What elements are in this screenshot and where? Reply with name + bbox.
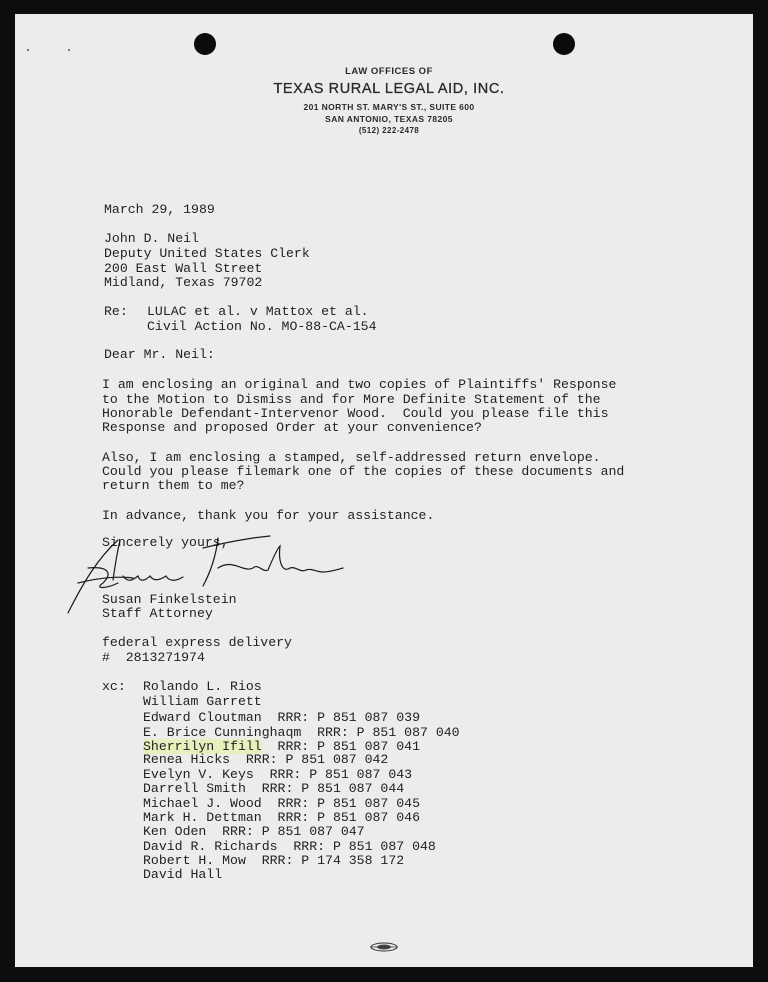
body-paragraph-3: In advance, thank you for your assistanc… — [102, 509, 434, 524]
cc-certified-mail-number: RRR: P 851 087 044 — [262, 781, 404, 796]
cc-entry: Rolando L. Rios — [143, 680, 262, 695]
spacer — [230, 752, 246, 767]
cc-entry: Ken Oden RRR: P 851 087 047 — [143, 825, 365, 840]
cc-recipient-name: Mark H. Dettman — [143, 810, 262, 825]
letter-date: March 29, 1989 — [104, 203, 215, 218]
letterhead-organization: TEXAS RURAL LEGAL AID, INC. — [0, 81, 768, 97]
spacer — [246, 781, 262, 796]
cc-certified-mail-number: RRR: P 174 358 172 — [262, 853, 404, 868]
cc-label: xc: — [102, 680, 126, 695]
cc-certified-mail-number: RRR: P 851 087 043 — [270, 767, 412, 782]
cc-certified-mail-number: RRR: P 851 087 042 — [246, 752, 388, 767]
cc-certified-mail-number: RRR: P 851 087 045 — [278, 796, 420, 811]
cc-certified-mail-number: RRR: P 851 087 048 — [293, 839, 435, 854]
spacer — [262, 810, 278, 825]
spacer — [262, 796, 278, 811]
body-line: Response and proposed Order at your conv… — [102, 421, 482, 436]
cc-recipient-name: Renea Hicks — [143, 752, 230, 767]
cc-recipient-name: David Hall — [143, 867, 222, 882]
recipient-title: Deputy United States Clerk — [104, 247, 310, 262]
cc-recipient-name: David R. Richards — [143, 839, 278, 854]
re-civil-action: Civil Action No. MO-88-CA-154 — [147, 320, 377, 335]
punch-hole-left — [194, 33, 216, 55]
recipient-city: Midland, Texas 79702 — [104, 276, 262, 291]
recipient-name: John D. Neil — [104, 232, 199, 247]
cc-certified-mail-number: RRR: P 851 087 046 — [278, 810, 420, 825]
cc-recipient-name: Robert H. Mow — [143, 853, 246, 868]
union-label-icon — [370, 942, 398, 952]
paper-speck — [27, 49, 29, 51]
spacer — [278, 839, 294, 854]
delivery-tracking-number: # 2813271974 — [102, 651, 205, 666]
cc-entry: David Hall — [143, 868, 222, 883]
cc-entry: Edward Cloutman RRR: P 851 087 039 — [143, 711, 420, 726]
spacer — [254, 767, 270, 782]
spacer — [246, 853, 262, 868]
spacer — [262, 710, 278, 725]
body-line: return them to me? — [102, 479, 244, 494]
salutation: Dear Mr. Neil: — [104, 348, 215, 363]
body-line: I am enclosing an original and two copie… — [102, 378, 616, 393]
cc-recipient-name: Michael J. Wood — [143, 796, 262, 811]
cc-recipient-name: Rolando L. Rios — [143, 679, 262, 694]
cc-recipient-name: Edward Cloutman — [143, 710, 262, 725]
cc-certified-mail-number: RRR: P 851 087 040 — [317, 725, 459, 740]
letterhead-law-offices: LAW OFFICES OF — [0, 66, 768, 77]
punch-hole-right — [553, 33, 575, 55]
cc-entry: William Garrett — [143, 695, 262, 710]
spacer — [206, 824, 222, 839]
spacer — [301, 725, 317, 740]
cc-recipient-name: Evelyn V. Keys — [143, 767, 254, 782]
cc-recipient-name: Darrell Smith — [143, 781, 246, 796]
paper-speck — [68, 49, 70, 51]
cc-certified-mail-number: RRR: P 851 087 047 — [222, 824, 364, 839]
cc-recipient-name: Ken Oden — [143, 824, 206, 839]
cc-recipient-name: E. Brice Cunninghaqm — [143, 725, 301, 740]
signer-title: Staff Attorney — [102, 607, 213, 622]
letterhead-address-city: SAN ANTONIO, TEXAS 78205 — [0, 114, 768, 124]
letterhead-address-street: 201 NORTH ST. MARY'S ST., SUITE 600 — [0, 102, 768, 112]
cc-entry: Renea Hicks RRR: P 851 087 042 — [143, 753, 388, 768]
delivery-method: federal express delivery — [102, 636, 292, 651]
letterhead-phone: (512) 222-2478 — [0, 126, 768, 135]
re-label: Re: — [104, 305, 128, 320]
cc-recipient-name: William Garrett — [143, 694, 262, 709]
cc-entry: Darrell Smith RRR: P 851 087 044 — [143, 782, 404, 797]
cc-certified-mail-number: RRR: P 851 087 039 — [278, 710, 420, 725]
re-case-name: LULAC et al. v Mattox et al. — [147, 305, 369, 320]
